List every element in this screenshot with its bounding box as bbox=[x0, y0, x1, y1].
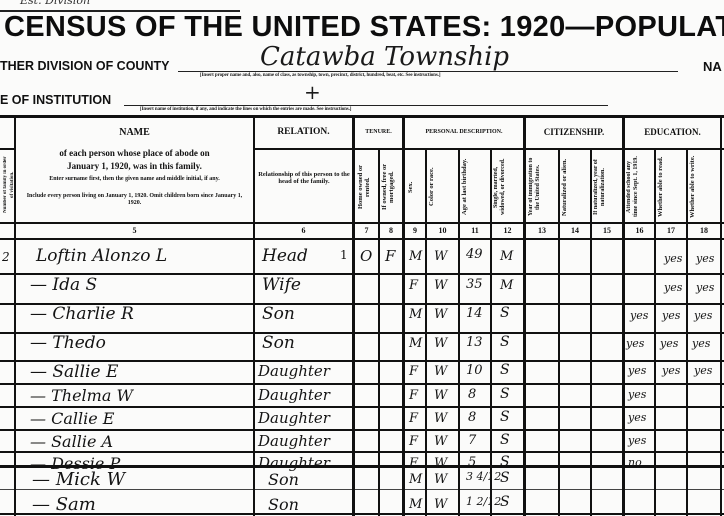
person-relation: Daughter bbox=[258, 362, 330, 380]
age: 7 bbox=[468, 433, 476, 448]
family-number: 2 bbox=[2, 250, 10, 264]
colnum-14: 14 bbox=[560, 226, 590, 235]
division-value: Catawba Township bbox=[260, 42, 509, 72]
census-page: Est. Division CENSUS OF THE UNITED STATE… bbox=[0, 0, 724, 516]
colnum-5: 5 bbox=[16, 226, 253, 235]
can-read: yes bbox=[660, 337, 678, 350]
colnum-9: 9 bbox=[405, 226, 425, 235]
colnum-6: 6 bbox=[255, 226, 352, 235]
marital-status: S bbox=[500, 386, 510, 402]
attended-school: yes bbox=[628, 364, 646, 377]
top-strip-handwriting: Est. Division bbox=[20, 0, 90, 7]
subheader-c14: Naturalized or alien. bbox=[561, 155, 589, 219]
header-tenure: TENURE. bbox=[355, 129, 402, 135]
person-name: Loftin Alonzo L bbox=[36, 246, 167, 266]
division-instruction: [Insert proper name and, also, name of c… bbox=[200, 73, 440, 78]
person-name: — Ida S bbox=[30, 275, 97, 295]
person-relation: Son bbox=[262, 304, 295, 324]
marital-status: S bbox=[500, 409, 510, 425]
age: 1 2/12 bbox=[466, 495, 501, 508]
person-name: — Sallie A bbox=[30, 432, 113, 451]
table-top-border bbox=[0, 115, 724, 118]
race: W bbox=[434, 411, 447, 426]
person-name: — Mick W bbox=[32, 469, 125, 490]
subheader-c10: Color or race. bbox=[428, 155, 457, 219]
marital-status: M bbox=[500, 249, 513, 264]
person-name: — Sallie E bbox=[30, 362, 118, 382]
attended-school: yes bbox=[626, 337, 644, 350]
sex: F bbox=[409, 434, 418, 449]
sex: M bbox=[409, 249, 422, 264]
name-desc-line1: of each person whose place of abode on bbox=[18, 147, 251, 160]
person-name: — Thelma W bbox=[30, 386, 133, 405]
marital-status: S bbox=[500, 432, 510, 448]
marital-status: S bbox=[500, 334, 510, 350]
sex: F bbox=[409, 278, 418, 293]
relation-desc: Relationship of this person to the head … bbox=[258, 171, 350, 185]
can-read: yes bbox=[664, 252, 682, 265]
colnum-7: 7 bbox=[355, 226, 378, 235]
subheader-c7: Home owned or rented. bbox=[357, 155, 377, 219]
age: 3 4/12 bbox=[466, 470, 501, 483]
sex: F bbox=[409, 411, 418, 426]
age: 10 bbox=[466, 363, 483, 378]
race: W bbox=[434, 388, 447, 403]
age: 14 bbox=[466, 306, 483, 321]
person-relation: Daughter bbox=[258, 386, 330, 404]
attended-school: yes bbox=[628, 434, 646, 447]
race: W bbox=[434, 307, 447, 322]
race: W bbox=[434, 456, 447, 471]
race: W bbox=[434, 336, 447, 351]
age: 13 bbox=[466, 335, 483, 350]
marital-status: S bbox=[500, 494, 510, 510]
attended-school: yes bbox=[628, 411, 646, 424]
free-mortgaged: F bbox=[385, 247, 395, 265]
can-write: yes bbox=[694, 309, 712, 322]
colnum-15: 15 bbox=[592, 226, 622, 235]
marital-status: S bbox=[500, 470, 510, 486]
person-relation: Daughter bbox=[258, 432, 330, 450]
can-write: yes bbox=[696, 252, 714, 265]
person-relation: Son bbox=[268, 495, 299, 514]
marital-status: M bbox=[500, 278, 513, 293]
name-desc-line4: Include every person living on January 1… bbox=[20, 193, 249, 207]
left-col-desc: Number of family in order of visitation. bbox=[2, 155, 14, 215]
age: 8 bbox=[468, 410, 476, 425]
race: W bbox=[434, 364, 447, 379]
colnum-18: 18 bbox=[688, 226, 720, 235]
person-name: — Sam bbox=[32, 494, 96, 515]
person-relation: Wife bbox=[262, 275, 301, 295]
person-name: — Thedo bbox=[30, 333, 106, 353]
colnum-17: 17 bbox=[656, 226, 686, 235]
can-read: yes bbox=[664, 281, 682, 294]
institution-label: E OF INSTITUTION bbox=[0, 93, 111, 107]
header-education: EDUCATION. bbox=[625, 127, 720, 137]
sex: M bbox=[409, 472, 422, 487]
own-rent: O bbox=[360, 247, 372, 265]
race: W bbox=[434, 434, 447, 449]
person-relation: Son bbox=[268, 470, 299, 489]
colnum-12: 12 bbox=[492, 226, 523, 235]
person-relation: Son bbox=[262, 333, 295, 353]
can-write: yes bbox=[692, 337, 710, 350]
sex: M bbox=[409, 336, 422, 351]
age: 49 bbox=[466, 247, 483, 262]
header-name: NAME bbox=[16, 127, 253, 138]
division-label: THER DIVISION OF COUNTY bbox=[0, 59, 169, 73]
subheader-c15: If naturalized, year of naturalization. bbox=[593, 155, 621, 219]
can-write: yes bbox=[694, 364, 712, 377]
person-relation: Daughter bbox=[258, 409, 330, 427]
can-read: yes bbox=[662, 364, 680, 377]
header-citizenship: CITIZENSHIP. bbox=[526, 127, 622, 137]
name-desc-line2: January 1, 1920, was in this family. bbox=[18, 160, 251, 173]
right-edge-label: NA bbox=[703, 59, 722, 74]
age: 35 bbox=[466, 277, 483, 292]
subheader-c12: Single, married, widowed, or divorced. bbox=[493, 155, 522, 219]
institution-underline bbox=[124, 104, 608, 106]
age: 8 bbox=[468, 387, 476, 402]
subheader-c18: Whether able to write. bbox=[689, 155, 719, 219]
person-name: — Callie E bbox=[30, 409, 114, 428]
colnum-11: 11 bbox=[460, 226, 490, 235]
subheader-c16: Attended school any time since Sept. 1, … bbox=[626, 155, 653, 219]
person-name: — Charlie R bbox=[30, 304, 134, 324]
institution-instruction: [Insert name of institution, if any, and… bbox=[140, 107, 351, 112]
sex: M bbox=[409, 307, 422, 322]
marital-status: S bbox=[500, 362, 510, 378]
marital-status: S bbox=[500, 454, 510, 470]
header-personal-description: PERSONAL DESCRIPTION. bbox=[405, 129, 523, 135]
name-desc-line3: Enter surname first, then the given name… bbox=[30, 176, 239, 183]
subheader-c17: Whether able to read. bbox=[657, 155, 685, 219]
colnum-16: 16 bbox=[625, 226, 654, 235]
subheader-c8: If owned, free or mortgaged. bbox=[381, 155, 401, 219]
sex: F bbox=[409, 388, 418, 403]
subheader-c9: Sex. bbox=[407, 155, 424, 219]
attended-school: no bbox=[628, 456, 642, 469]
attended-school: yes bbox=[630, 309, 648, 322]
colnum-13: 13 bbox=[526, 226, 558, 235]
sex: F bbox=[409, 456, 418, 471]
line-mark: 1 bbox=[340, 248, 348, 262]
sex: F bbox=[409, 364, 418, 379]
subheader-c13: Year of immigration to the United States… bbox=[528, 155, 557, 219]
race: W bbox=[434, 497, 447, 512]
page-title: CENSUS OF THE UNITED STATES: 1920—POPULA… bbox=[4, 11, 724, 44]
race: W bbox=[434, 472, 447, 487]
can-read: yes bbox=[662, 309, 680, 322]
institution-value: + bbox=[304, 80, 321, 104]
attended-school: yes bbox=[628, 388, 646, 401]
age: 5 bbox=[468, 455, 476, 470]
person-relation: Head bbox=[262, 246, 308, 266]
can-write: yes bbox=[696, 281, 714, 294]
race: W bbox=[434, 249, 447, 264]
header-relation: RELATION. bbox=[255, 127, 352, 137]
sex: M bbox=[409, 497, 422, 512]
subheader-c11: Age at last birthday. bbox=[461, 155, 489, 219]
colnum-8: 8 bbox=[380, 226, 402, 235]
marital-status: S bbox=[500, 305, 510, 321]
race: W bbox=[434, 278, 447, 293]
colnum-10: 10 bbox=[427, 226, 458, 235]
